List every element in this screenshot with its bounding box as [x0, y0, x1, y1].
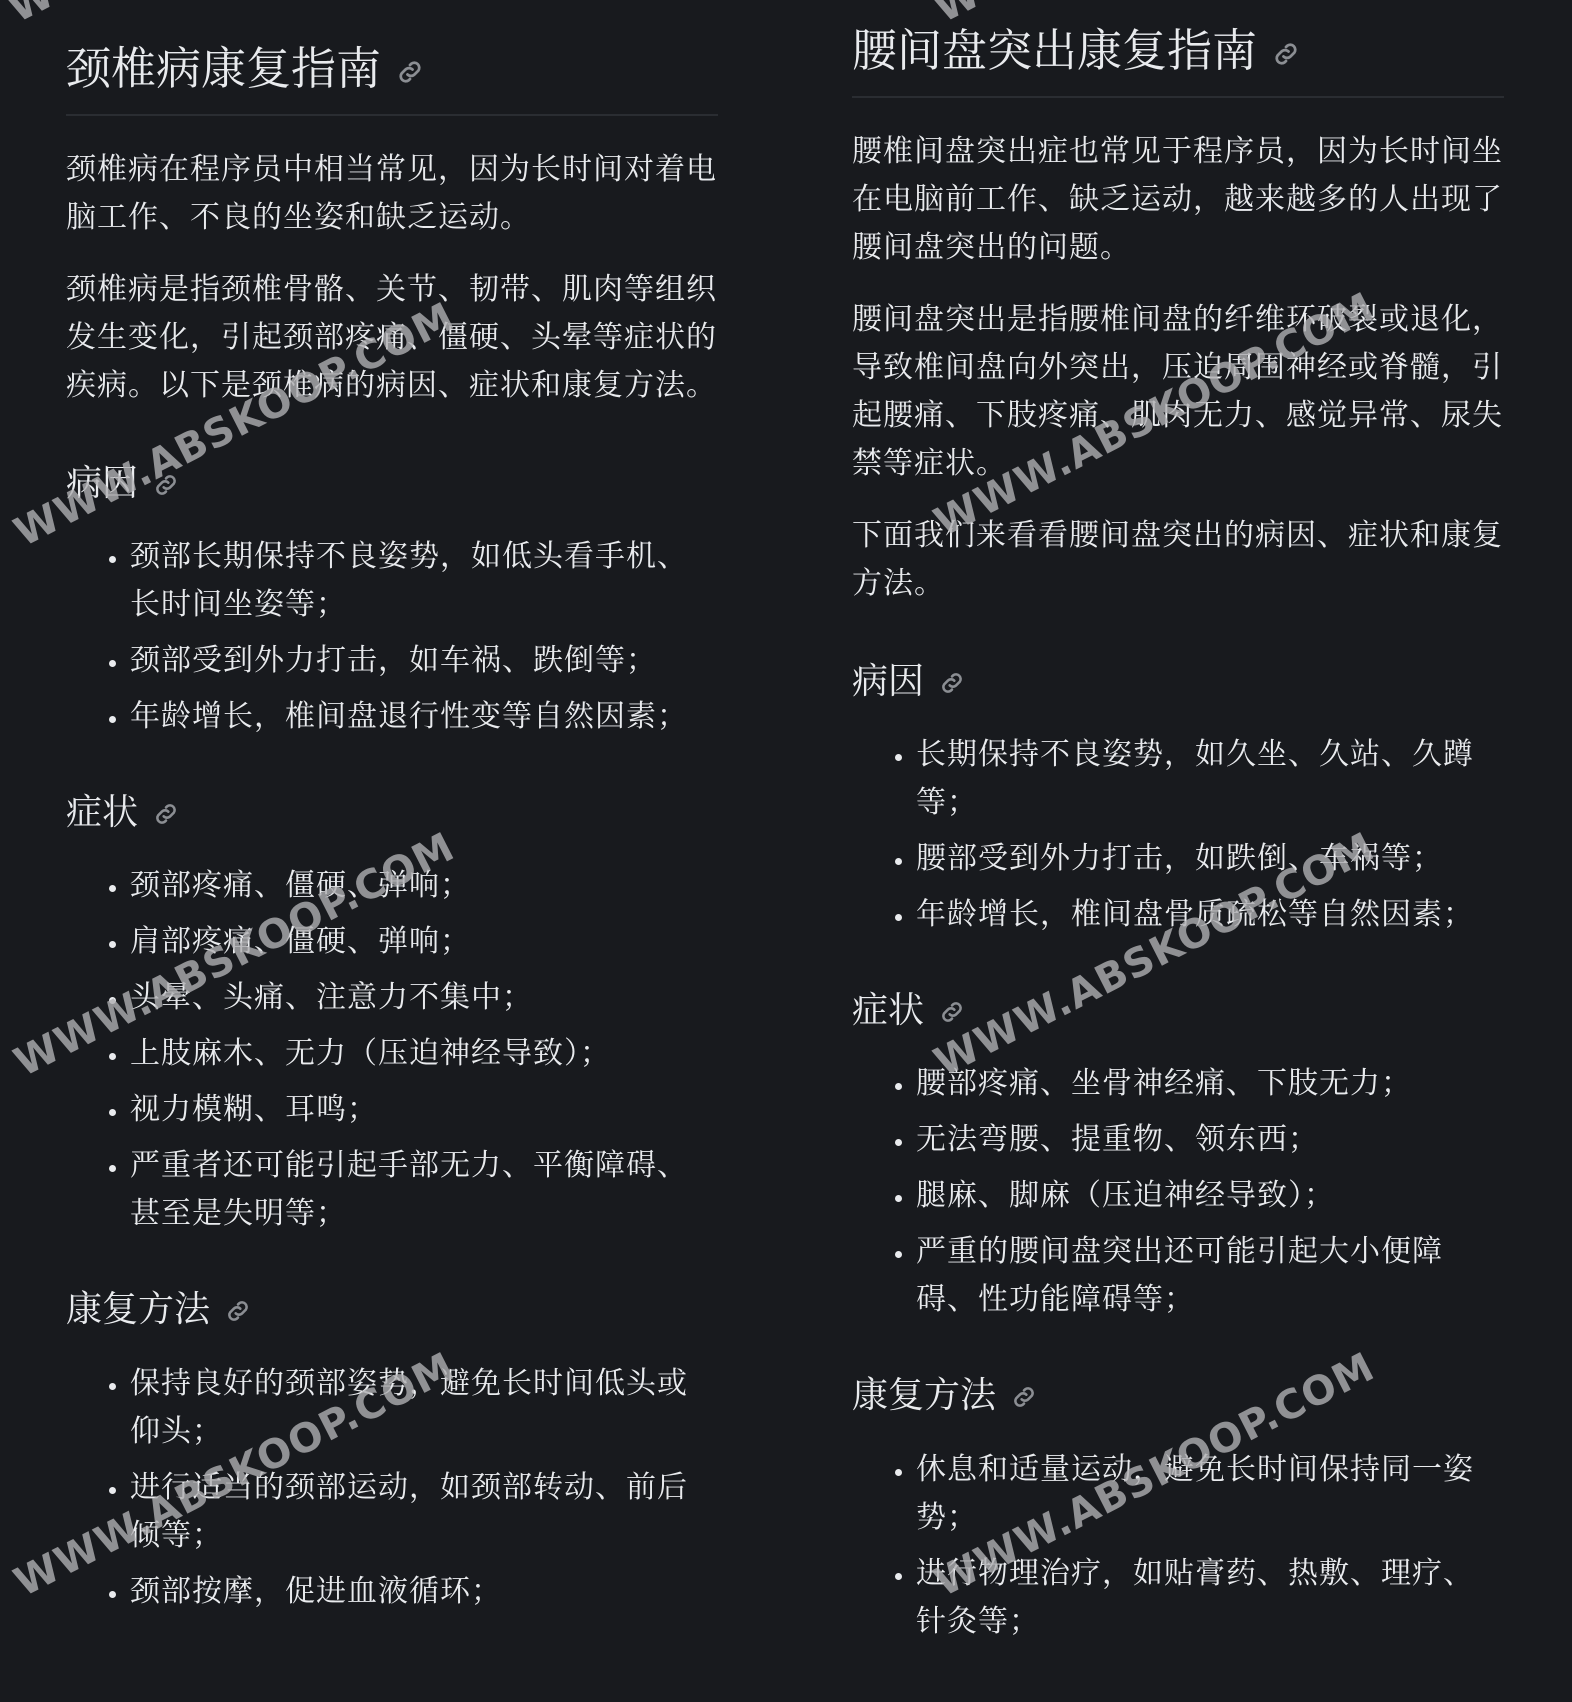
symptoms-list: 腰部疼痛、坐骨神经痛、下肢无力； 无法弯腰、提重物、领东西； 腿麻、脚麻（压迫神… [852, 1060, 1504, 1324]
title-text: 颈椎病康复指南 [66, 42, 381, 95]
section-heading-symptoms: 症状 [852, 989, 1504, 1032]
list-item: 颈部受到外力打击，如车祸、跌倒等； [130, 637, 718, 685]
page-title: 腰间盘突出康复指南 [852, 0, 1504, 98]
link-icon[interactable] [938, 669, 966, 697]
causes-list: 颈部长期保持不良姿势，如低头看手机、长时间坐姿等； 颈部受到外力打击，如车祸、跌… [66, 533, 718, 741]
list-item: 头晕、头痛、注意力不集中； [130, 974, 718, 1022]
intro-paragraph: 颈椎病在程序员中相当常见，因为长时间对着电脑工作、不良的坐姿和缺乏运动。 [66, 146, 718, 242]
symptoms-list: 颈部疼痛、僵硬、弹响； 肩部疼痛、僵硬、弹响； 头晕、头痛、注意力不集中； 上肢… [66, 862, 718, 1238]
intro-paragraph: 腰间盘突出是指腰椎间盘的纤维环破裂或退化，导致椎间盘向外突出，压迫周围神经或脊髓… [852, 296, 1504, 488]
list-item: 长期保持不良姿势，如久坐、久站、久蹲等； [916, 731, 1504, 827]
title-text: 腰间盘突出康复指南 [852, 24, 1257, 77]
recovery-list: 保持良好的颈部姿势，避免长时间低头或仰头； 进行适当的颈部运动，如颈部转动、前后… [66, 1360, 718, 1616]
list-item: 颈部疼痛、僵硬、弹响； [130, 862, 718, 910]
heading-text: 症状 [66, 792, 138, 833]
link-icon[interactable] [224, 1297, 252, 1325]
list-item: 颈部按摩，促进血液循环； [130, 1568, 718, 1616]
intro-paragraph: 腰椎间盘突出症也常见于程序员，因为长时间坐在电脑前工作、缺乏运动，越来越多的人出… [852, 128, 1504, 272]
list-item: 进行物理治疗，如贴膏药、热敷、理疗、针灸等； [916, 1550, 1504, 1646]
list-item: 腿麻、脚麻（压迫神经导致）； [916, 1172, 1504, 1220]
list-item: 严重的腰间盘突出还可能引起大小便障碍、性功能障碍等； [916, 1228, 1504, 1324]
link-icon[interactable] [1010, 1383, 1038, 1411]
section-heading-recovery: 康复方法 [66, 1288, 718, 1331]
right-column: 腰间盘突出康复指南 腰椎间盘突出症也常见于程序员，因为长时间坐在电脑前工作、缺乏… [852, 0, 1504, 1654]
section-heading-causes: 病因 [66, 462, 718, 505]
causes-list: 长期保持不良姿势，如久坐、久站、久蹲等； 腰部受到外力打击，如跌倒、车祸等； 年… [852, 731, 1504, 939]
list-item: 颈部长期保持不良姿势，如低头看手机、长时间坐姿等； [130, 533, 718, 629]
heading-text: 康复方法 [852, 1375, 996, 1416]
heading-text: 康复方法 [66, 1289, 210, 1330]
list-item: 进行适当的颈部运动，如颈部转动、前后倾等； [130, 1464, 718, 1560]
list-item: 年龄增长，椎间盘骨质疏松等自然因素； [916, 891, 1504, 939]
list-item: 腰部受到外力打击，如跌倒、车祸等； [916, 835, 1504, 883]
link-icon[interactable] [938, 998, 966, 1026]
heading-text: 病因 [852, 661, 924, 702]
list-item: 视力模糊、耳鸣； [130, 1086, 718, 1134]
list-item: 腰部疼痛、坐骨神经痛、下肢无力； [916, 1060, 1504, 1108]
list-item: 保持良好的颈部姿势，避免长时间低头或仰头； [130, 1360, 718, 1456]
list-item: 上肢麻木、无力（压迫神经导致）； [130, 1030, 718, 1078]
list-item: 休息和适量运动，避免长时间保持同一姿势； [916, 1446, 1504, 1542]
list-item: 肩部疼痛、僵硬、弹响； [130, 918, 718, 966]
link-icon[interactable] [152, 471, 180, 499]
list-item: 严重者还可能引起手部无力、平衡障碍、甚至是失明等； [130, 1142, 718, 1238]
section-heading-symptoms: 症状 [66, 791, 718, 834]
page-title: 颈椎病康复指南 [66, 0, 718, 116]
intro-paragraph: 颈椎病是指颈椎骨骼、关节、韧带、肌肉等组织发生变化，引起颈部疼痛、僵硬、头晕等症… [66, 266, 718, 410]
section-heading-recovery: 康复方法 [852, 1374, 1504, 1417]
list-item: 无法弯腰、提重物、领东西； [916, 1116, 1504, 1164]
link-icon[interactable] [1271, 39, 1301, 69]
section-heading-causes: 病因 [852, 660, 1504, 703]
link-icon[interactable] [152, 800, 180, 828]
recovery-list: 休息和适量运动，避免长时间保持同一姿势； 进行物理治疗，如贴膏药、热敷、理疗、针… [852, 1446, 1504, 1646]
heading-text: 症状 [852, 990, 924, 1031]
list-item: 年龄增长，椎间盘退行性变等自然因素； [130, 693, 718, 741]
intro-paragraph: 下面我们来看看腰间盘突出的病因、症状和康复方法。 [852, 512, 1504, 608]
link-icon[interactable] [395, 57, 425, 87]
left-column: 颈椎病康复指南 颈椎病在程序员中相当常见，因为长时间对着电脑工作、不良的坐姿和缺… [66, 0, 718, 1624]
heading-text: 病因 [66, 463, 138, 504]
